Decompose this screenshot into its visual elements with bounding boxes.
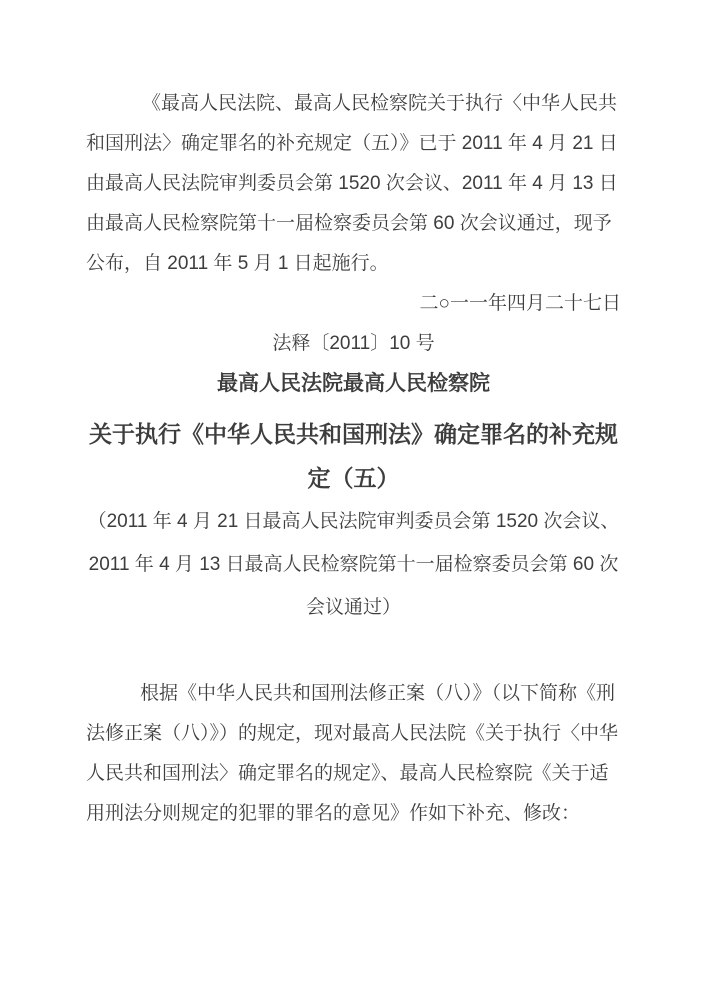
body-paragraph: 根据《中华人民共和国刑法修正案（八）》（以下简称《刑法修正案（八）》）的规定，现… — [86, 674, 621, 834]
document-page: 《最高人民法院、最高人民检察院关于执行〈中华人民共和国刑法〉确定罪名的补充规定（… — [0, 0, 707, 999]
adoption-note: （2011 年 4 月 21 日最高人民法院审判委员会第 1520 次会议、20… — [86, 500, 621, 629]
document-number: 法释〔2011〕10 号 — [86, 324, 621, 364]
issuing-authority: 最高人民法院最高人民检察院 — [86, 364, 621, 404]
blank-line — [86, 629, 621, 674]
intro-paragraph: 《最高人民法院、最高人民检察院关于执行〈中华人民共和国刑法〉确定罪名的补充规定（… — [86, 84, 621, 284]
promulgation-date: 二○一一年四月二十七日 — [86, 284, 621, 324]
document-title: 关于执行《中华人民共和国刑法》确定罪名的补充规定（五） — [86, 412, 621, 500]
